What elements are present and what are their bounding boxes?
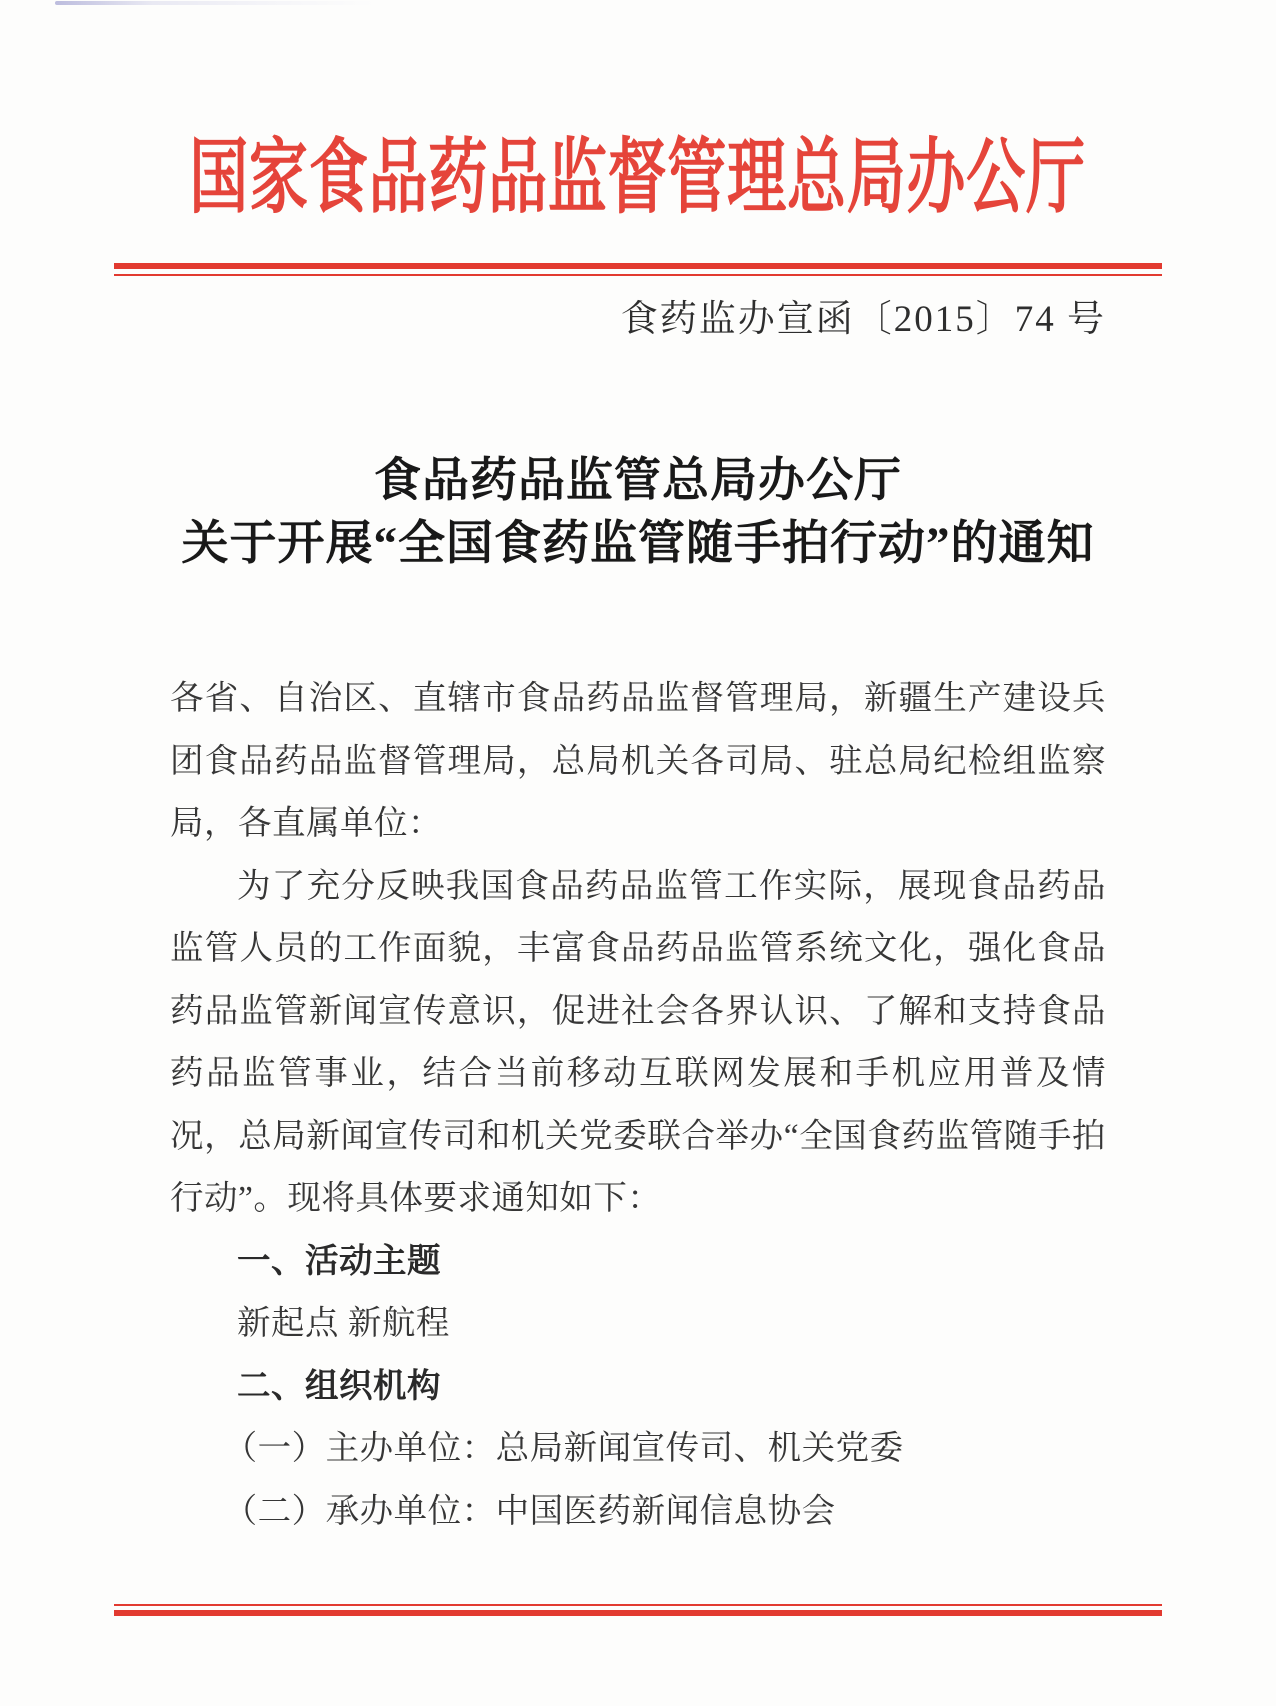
- document-title-line1: 食品药品监管总局办公厅: [0, 450, 1276, 513]
- organizer-line: （一）主办单位：总局新闻宣传司、机关党委: [170, 1418, 1106, 1481]
- header-rule-thick: [114, 263, 1162, 269]
- footer-rule-thick: [114, 1610, 1162, 1616]
- intro-paragraph: 为了充分反映我国食品药品监管工作实际，展现食品药品监管人员的工作面貌，丰富食品药…: [170, 856, 1106, 1231]
- theme-line: 新起点 新航程: [170, 1293, 1106, 1356]
- doc-number: 食药监办宣函〔2015〕74 号: [170, 288, 1106, 342]
- document-title: 食品药品监管总局办公厅 关于开展“全国食药监管随手拍行动”的通知: [0, 450, 1276, 576]
- document-page: 国家食品药品监督管理总局办公厅 食药监办宣函〔2015〕74 号 食品药品监管总…: [0, 0, 1276, 1706]
- document-title-line2: 关于开展“全国食药监管随手拍行动”的通知: [0, 513, 1276, 576]
- section-heading-activity-theme: 一、活动主题: [170, 1231, 1106, 1294]
- letterhead-org-name: 国家食品药品监督管理总局办公厅: [190, 128, 1086, 228]
- document-body: 各省、自治区、直辖市食品药品监督管理局，新疆生产建设兵团食品药品监督管理局，总局…: [170, 668, 1106, 1543]
- footer-rule-thin: [114, 1604, 1162, 1606]
- salutation-paragraph: 各省、自治区、直辖市食品药品监督管理局，新疆生产建设兵团食品药品监督管理局，总局…: [170, 668, 1106, 856]
- scan-artifact: [55, 1, 375, 5]
- section-heading-organization: 二、组织机构: [170, 1356, 1106, 1419]
- letterhead: 国家食品药品监督管理总局办公厅: [0, 128, 1276, 228]
- header-rule-thin: [114, 274, 1162, 276]
- undertaker-line: （二）承办单位：中国医药新闻信息协会: [170, 1481, 1106, 1544]
